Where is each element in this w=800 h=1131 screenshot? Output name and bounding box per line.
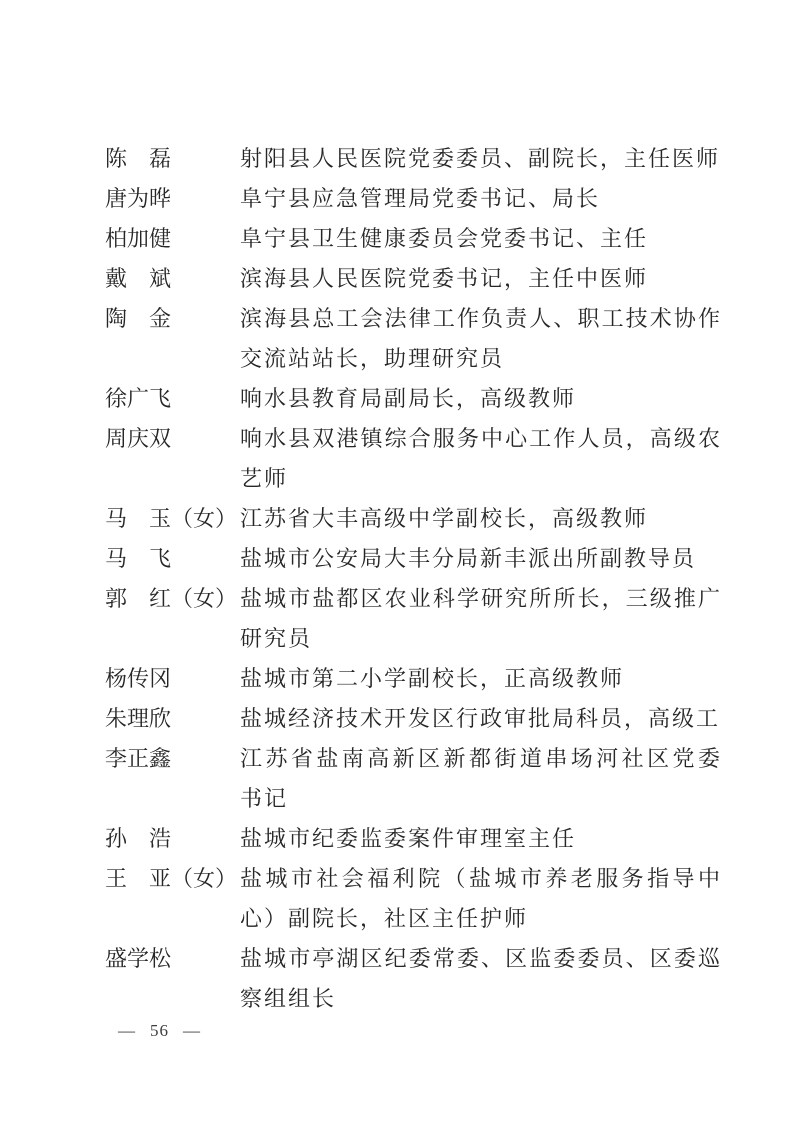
person-name: 马 飞 — [105, 539, 240, 579]
roster-entry: 朱理欣 盐城经济技术开发区行政审批局科员，高级工 — [105, 699, 722, 739]
person-title: 盐城市纪委监委案件审理室主任 — [240, 819, 722, 859]
person-title-line: 江苏省盐南高新区新都街道串场河社区党委 — [240, 739, 722, 779]
person-title: 盐城市第二小学副校长，正高级教师 — [240, 659, 722, 699]
person-name: 徐广飞 — [105, 379, 240, 419]
person-name: 马 玉（女） — [105, 499, 240, 539]
person-title-line: 察组组长 — [240, 979, 722, 1019]
person-title: 盐城市亭湖区纪委常委、区监委委员、区委巡察组组长 — [240, 939, 722, 1019]
person-title-line: 阜宁县应急管理局党委书记、局长 — [240, 179, 722, 219]
page-footer: — 56 — — [118, 1019, 201, 1043]
roster-entry: 柏加健 阜宁县卫生健康委员会党委书记、主任 — [105, 219, 722, 259]
roster-entry: 徐广飞 响水县教育局副局长，高级教师 — [105, 379, 722, 419]
roster-entry: 陶 金 滨海县总工会法律工作负责人、职工技术协作交流站站长，助理研究员 — [105, 299, 722, 379]
person-title-line: 盐城市第二小学副校长，正高级教师 — [240, 659, 722, 699]
person-title-line: 盐城市社会福利院（盐城市养老服务指导中 — [240, 859, 722, 899]
person-name: 柏加健 — [105, 219, 240, 259]
person-title-line: 艺师 — [240, 459, 722, 499]
roster-entry: 马 玉（女） 江苏省大丰高级中学副校长，高级教师 — [105, 499, 722, 539]
person-name: 周庆双 — [105, 419, 240, 459]
person-title-line: 阜宁县卫生健康委员会党委书记、主任 — [240, 219, 722, 259]
roster-entry: 周庆双 响水县双港镇综合服务中心工作人员，高级农艺师 — [105, 419, 722, 499]
person-title: 滨海县总工会法律工作负责人、职工技术协作交流站站长，助理研究员 — [240, 299, 722, 379]
person-name: 朱理欣 — [105, 699, 240, 739]
person-title: 阜宁县应急管理局党委书记、局长 — [240, 179, 722, 219]
person-name: 杨传冈 — [105, 659, 240, 699]
person-title-line: 盐城市纪委监委案件审理室主任 — [240, 819, 722, 859]
person-name: 陶 金 — [105, 299, 240, 339]
person-title-line: 盐城经济技术开发区行政审批局科员，高级工 — [240, 699, 722, 739]
person-title-line: 滨海县总工会法律工作负责人、职工技术协作 — [240, 299, 722, 339]
person-title: 盐城经济技术开发区行政审批局科员，高级工 — [240, 699, 722, 739]
person-title-line: 盐城市盐都区农业科学研究所所长，三级推广 — [240, 579, 722, 619]
person-title: 射阳县人民医院党委委员、副院长，主任医师 — [240, 139, 722, 179]
person-title: 响水县教育局副局长，高级教师 — [240, 379, 722, 419]
person-title: 江苏省盐南高新区新都街道串场河社区党委书记 — [240, 739, 722, 819]
person-title-line: 交流站站长，助理研究员 — [240, 339, 722, 379]
roster-entry: 盛学松 盐城市亭湖区纪委常委、区监委委员、区委巡察组组长 — [105, 939, 722, 1019]
person-name: 陈 磊 — [105, 139, 240, 179]
roster-entry: 郭 红（女） 盐城市盐都区农业科学研究所所长，三级推广研究员 — [105, 579, 722, 659]
roster-entry: 李正鑫 江苏省盐南高新区新都街道串场河社区党委书记 — [105, 739, 722, 819]
person-name: 孙 浩 — [105, 819, 240, 859]
person-name: 李正鑫 — [105, 739, 240, 779]
document-page: 陈 磊 射阳县人民医院党委委员、副院长，主任医师 唐为晔 阜宁县应急管理局党委书… — [0, 0, 800, 1131]
person-title-line: 心）副院长，社区主任护师 — [240, 899, 722, 939]
footer-dash-left: — — [118, 1019, 136, 1043]
person-title: 江苏省大丰高级中学副校长，高级教师 — [240, 499, 722, 539]
person-title-line: 盐城市公安局大丰分局新丰派出所副教导员 — [240, 539, 722, 579]
person-title: 盐城市社会福利院（盐城市养老服务指导中心）副院长，社区主任护师 — [240, 859, 722, 939]
roster-entry: 戴 斌 滨海县人民医院党委书记，主任中医师 — [105, 259, 722, 299]
person-title-line: 研究员 — [240, 619, 722, 659]
person-name: 王 亚（女） — [105, 859, 240, 899]
person-name: 郭 红（女） — [105, 579, 240, 619]
person-name: 戴 斌 — [105, 259, 240, 299]
roster-entry: 马 飞 盐城市公安局大丰分局新丰派出所副教导员 — [105, 539, 722, 579]
person-title: 阜宁县卫生健康委员会党委书记、主任 — [240, 219, 722, 259]
person-title-line: 射阳县人民医院党委委员、副院长，主任医师 — [240, 139, 722, 179]
person-title-line: 响水县双港镇综合服务中心工作人员，高级农 — [240, 419, 722, 459]
person-name: 盛学松 — [105, 939, 240, 979]
person-title: 滨海县人民医院党委书记，主任中医师 — [240, 259, 722, 299]
person-title-line: 盐城市亭湖区纪委常委、区监委委员、区委巡 — [240, 939, 722, 979]
roster-list: 陈 磊 射阳县人民医院党委委员、副院长，主任医师 唐为晔 阜宁县应急管理局党委书… — [105, 139, 722, 1019]
roster-entry: 孙 浩 盐城市纪委监委案件审理室主任 — [105, 819, 722, 859]
person-title-line: 响水县教育局副局长，高级教师 — [240, 379, 722, 419]
person-title-line: 滨海县人民医院党委书记，主任中医师 — [240, 259, 722, 299]
person-title: 盐城市公安局大丰分局新丰派出所副教导员 — [240, 539, 722, 579]
page-number: 56 — [150, 1019, 169, 1043]
footer-dash-right: — — [183, 1019, 201, 1043]
person-title: 响水县双港镇综合服务中心工作人员，高级农艺师 — [240, 419, 722, 499]
roster-entry: 王 亚（女） 盐城市社会福利院（盐城市养老服务指导中心）副院长，社区主任护师 — [105, 859, 722, 939]
roster-entry: 唐为晔 阜宁县应急管理局党委书记、局长 — [105, 179, 722, 219]
person-title-line: 江苏省大丰高级中学副校长，高级教师 — [240, 499, 722, 539]
person-title-line: 书记 — [240, 779, 722, 819]
roster-entry: 陈 磊 射阳县人民医院党委委员、副院长，主任医师 — [105, 139, 722, 179]
person-title: 盐城市盐都区农业科学研究所所长，三级推广研究员 — [240, 579, 722, 659]
roster-entry: 杨传冈 盐城市第二小学副校长，正高级教师 — [105, 659, 722, 699]
person-name: 唐为晔 — [105, 179, 240, 219]
